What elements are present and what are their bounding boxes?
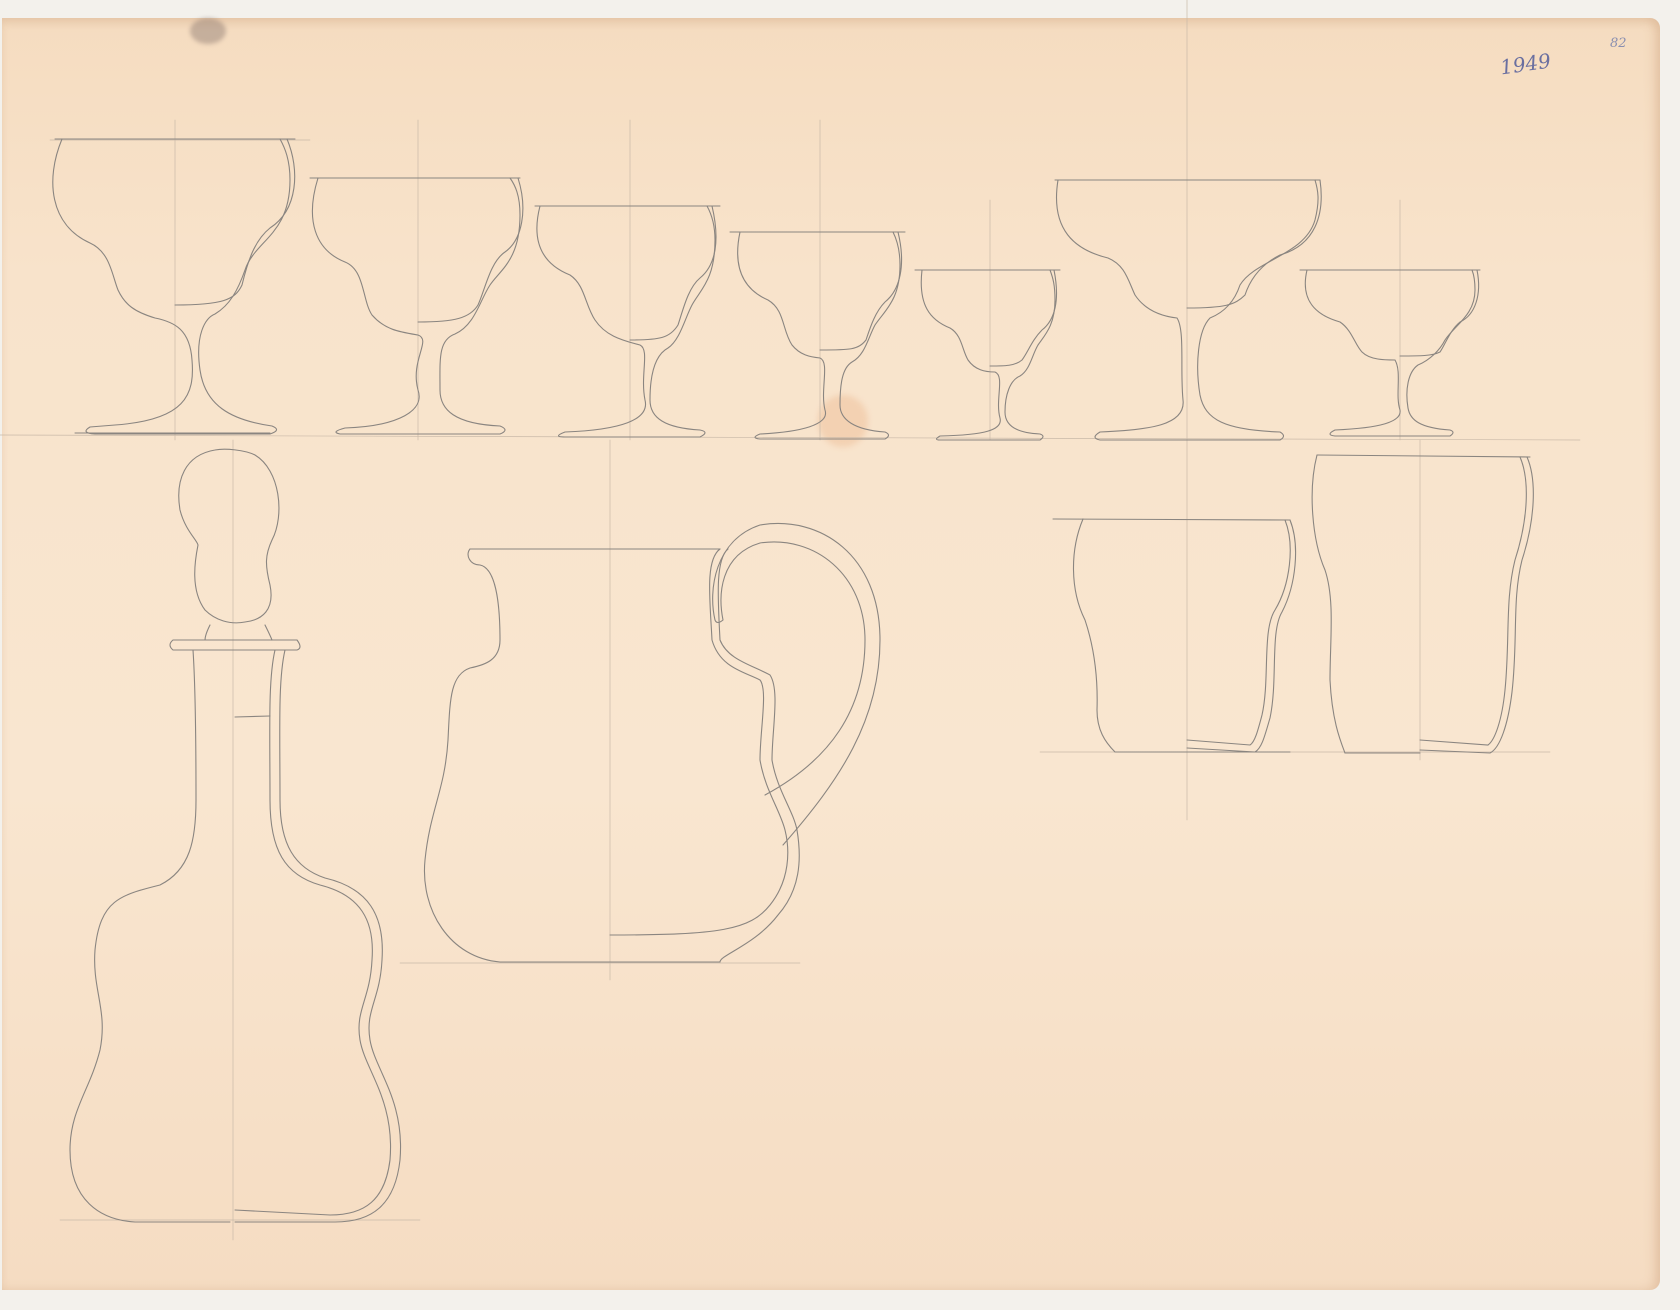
goblet-4 bbox=[730, 232, 905, 439]
goblet-2 bbox=[310, 178, 523, 434]
construction-lines bbox=[0, 0, 1580, 1240]
stopper bbox=[179, 449, 279, 623]
goblet-5 bbox=[915, 270, 1060, 440]
pitcher-handle bbox=[713, 523, 880, 845]
glassware-drawing bbox=[0, 0, 1680, 1310]
lip bbox=[170, 640, 300, 650]
goblet-7 bbox=[1300, 270, 1480, 436]
pitcher bbox=[424, 523, 880, 962]
goblet-3 bbox=[535, 206, 720, 437]
tumbler-2 bbox=[1312, 455, 1533, 753]
goblet-6 bbox=[1055, 180, 1321, 440]
decanter bbox=[70, 449, 401, 1222]
tumbler-1 bbox=[1053, 519, 1296, 752]
goblet-1 bbox=[53, 139, 295, 434]
